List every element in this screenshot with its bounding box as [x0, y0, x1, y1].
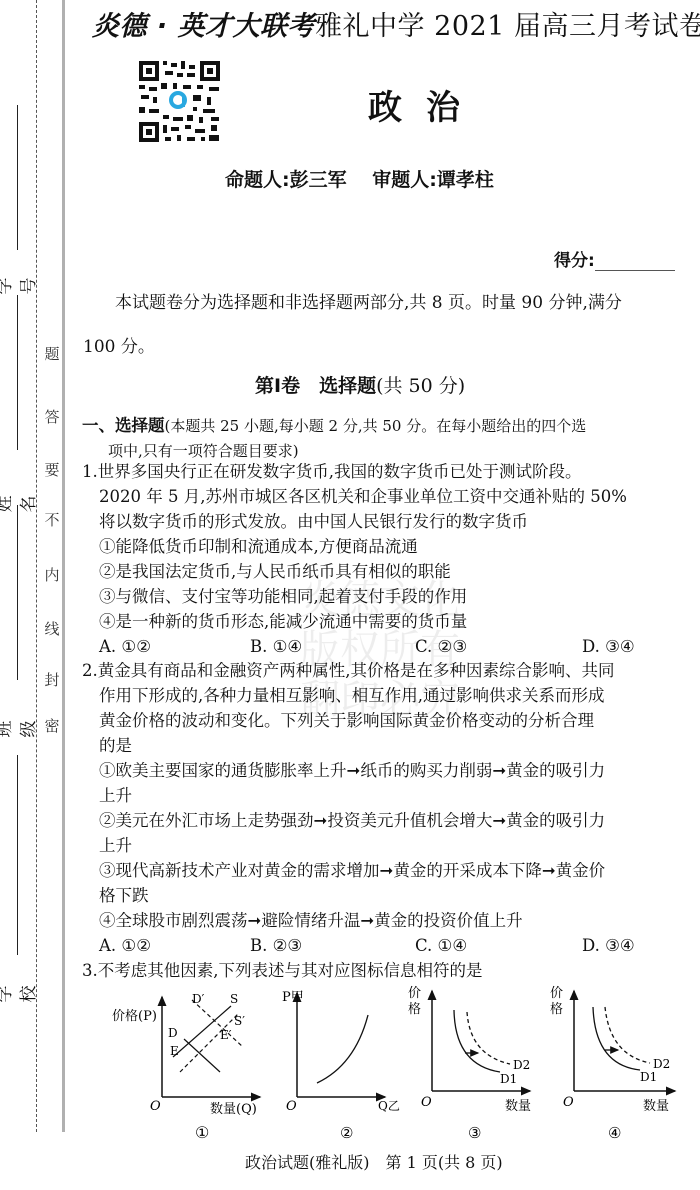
authors: 命题人:彭三军 审题人:谭孝柱	[225, 165, 494, 192]
question-stem-line: 的是	[82, 733, 682, 758]
label-e-prime: E′	[220, 1028, 232, 1042]
question-number: 3.	[82, 961, 98, 980]
graph-3-ylabel: 格	[408, 1001, 421, 1017]
section-title-points: (共 50 分)	[376, 375, 465, 397]
graph-1-origin: O	[150, 1099, 161, 1114]
label-d2: D2	[513, 1058, 530, 1072]
statement-3: ③现代高新技术产业对黄金的需求增加➞黄金的开采成本下降➞黄金价	[82, 858, 682, 883]
score-blank[interactable]	[595, 252, 675, 271]
name-line	[17, 295, 18, 450]
section-title-main: 第Ⅰ卷 选择题	[255, 375, 376, 397]
question-stem-line: 将以数字货币的形式发放。由中国人民银行发行的数字货币	[82, 509, 682, 534]
option-b[interactable]: B. ②③	[250, 933, 302, 958]
question-stem-line: 作用下形成的,各种力量相互影响、相互作用,通过影响供求关系而形成	[82, 683, 682, 708]
question-3: 3.不考虑其他因素,下列表述与其对应图标信息相符的是	[82, 958, 483, 983]
graph-4-ylabel: 价	[550, 986, 563, 1001]
graph-1-caption: ①	[195, 1123, 209, 1142]
seal-char: 密	[43, 715, 61, 736]
seal-char: 内	[43, 564, 61, 585]
seal-char: 封	[43, 669, 61, 690]
part-desc-1: (本题共 25 小题,每小题 2 分,共 50 分。在每小题给出的四个选	[165, 417, 587, 435]
graph-2-curve: P甲 O Q乙 ②	[282, 990, 400, 1142]
seal-char: 题	[43, 343, 61, 364]
graph-1-xlabel: 数量(Q)	[210, 1101, 257, 1117]
option-d[interactable]: D. ③④	[582, 634, 635, 659]
question-stem-line: 世界多国央行正在研发数字货币,我国的数字货币已处于测试阶段。	[98, 462, 582, 481]
graphs-figure: 价格(P) O 数量(Q) D D′ S S′ E E′ ① P甲 O Q乙 ②…	[110, 985, 700, 1145]
section-title: 第Ⅰ卷 选择题(共 50 分)	[255, 371, 465, 398]
label-d-prime: D′	[192, 992, 205, 1006]
school-line	[17, 755, 18, 955]
statement-3-cont: 格下跌	[82, 883, 682, 908]
graph-4-origin: O	[563, 1095, 574, 1110]
graph-4-xlabel: 数量	[643, 1098, 669, 1114]
field-name: 姓 名	[0, 491, 41, 517]
seal-char: 要	[43, 459, 61, 480]
graph-4-demand-shift: 价 格 O 数量 D2 D1 ④	[550, 986, 675, 1142]
graph-2-origin: O	[286, 1099, 297, 1114]
graph-4-caption: ④	[608, 1124, 621, 1142]
label-s-prime: S′	[234, 1014, 245, 1028]
statement-2: ②美元在外汇市场上走势强劲➞投资美元升值机会增大➞黄金的吸引力	[82, 808, 682, 833]
graph-3-xlabel: 数量	[505, 1098, 531, 1114]
question-number: 2.	[82, 661, 98, 680]
label-e: E	[170, 1044, 179, 1058]
statement-1-cont: 上升	[82, 783, 682, 808]
field-class: 班 级	[0, 716, 41, 742]
graph-2-caption: ②	[340, 1124, 353, 1142]
exam-series: 炎德 · 英才大联考	[92, 11, 315, 42]
watermark-line: 炎德文化	[300, 575, 460, 625]
statement-2-cont: 上升	[82, 833, 682, 858]
subject-title: 政治	[368, 80, 484, 129]
page-footer: 政治试题(雅礼版) 第 1 页(共 8 页)	[245, 1150, 503, 1173]
option-b[interactable]: B. ①④	[250, 634, 302, 659]
statement-4: ④全球股市剧烈震荡➞避险情绪升温➞黄金的投资价值上升	[82, 908, 682, 933]
class-line-top	[17, 505, 18, 680]
graph-3-caption: ③	[468, 1124, 481, 1142]
label-d2: D2	[653, 1057, 670, 1071]
dotted-cut-line	[36, 0, 37, 1132]
graph-3-ylabel: 价	[408, 986, 421, 1001]
intro-line-2: 100 分。	[83, 335, 155, 360]
student-id-line	[17, 105, 18, 250]
graph-3-origin: O	[421, 1095, 432, 1110]
label-s: S	[230, 992, 238, 1006]
graph-2-ylabel: P甲	[282, 990, 304, 1005]
question-2: 2.黄金具有商品和金融资产两种属性,其价格是在多种因素综合影响、共同 作用下形成…	[82, 658, 682, 958]
option-d[interactable]: D. ③④	[582, 933, 635, 958]
part-label: 一、选择题	[82, 416, 165, 435]
field-student-id: 学 号	[0, 273, 41, 299]
graph-1-ylabel: 价格(P)	[112, 1008, 157, 1024]
statement-1: ①能降低货币印制和流通成本,方便商品流通	[82, 534, 682, 559]
question-stem-line: 不考虑其他因素,下列表述与其对应图标信息相符的是	[98, 961, 483, 980]
part-instructions: 一、选择题(本题共 25 小题,每小题 2 分,共 50 分。在每小题给出的四个…	[82, 413, 586, 464]
graph-4-ylabel: 格	[550, 1001, 563, 1017]
option-a[interactable]: A. ①②	[99, 933, 151, 958]
binding-bar	[62, 0, 65, 1132]
answer-options: A. ①② B. ②③ C. ①④ D. ③④	[82, 933, 682, 958]
label-d1: D1	[640, 1070, 657, 1084]
question-stem-line: 2020 年 5 月,苏州市城区各区机关和企事业单位工资中交通补贴的 50%	[82, 484, 682, 509]
seal-char: 答	[43, 406, 61, 427]
statement-1: ①欧美主要国家的通货膨胀率上升➞纸币的购买力削弱➞黄金的吸引力	[82, 758, 682, 783]
question-stem-line: 黄金具有商品和金融资产两种属性,其价格是在多种因素综合影响、共同	[98, 661, 615, 680]
option-a[interactable]: A. ①②	[99, 634, 151, 659]
seal-char: 线	[43, 618, 61, 639]
seal-char: 不	[43, 509, 61, 530]
qr-code-icon[interactable]	[137, 59, 222, 144]
option-c[interactable]: C. ①④	[415, 933, 467, 958]
graph-1-supply-demand: 价格(P) O 数量(Q) D D′ S S′ E E′ ①	[112, 992, 260, 1142]
graph-3-demand-shift: 价 格 O 数量 D2 D1 ③	[408, 986, 531, 1142]
exam-name: 雅礼中学 2021 届高三月考试卷(二)	[315, 11, 700, 42]
field-school: 学 校	[0, 981, 41, 1007]
exam-title: 炎德 · 英才大联考雅礼中学 2021 届高三月考试卷(二)	[92, 4, 700, 43]
score-field: 得分:	[554, 246, 675, 271]
question-stem-line: 黄金价格的波动和变化。下列关于影响国际黄金价格变动的分析合理	[82, 708, 682, 733]
label-d: D	[168, 1026, 178, 1040]
intro-line-1: 本试题卷分为选择题和非选择题两部分,共 8 页。时量 90 分钟,满分	[115, 291, 622, 316]
score-label: 得分:	[554, 251, 595, 271]
question-number: 1.	[82, 462, 98, 481]
graph-2-xlabel: Q乙	[378, 1099, 400, 1113]
label-d1: D1	[500, 1072, 517, 1086]
